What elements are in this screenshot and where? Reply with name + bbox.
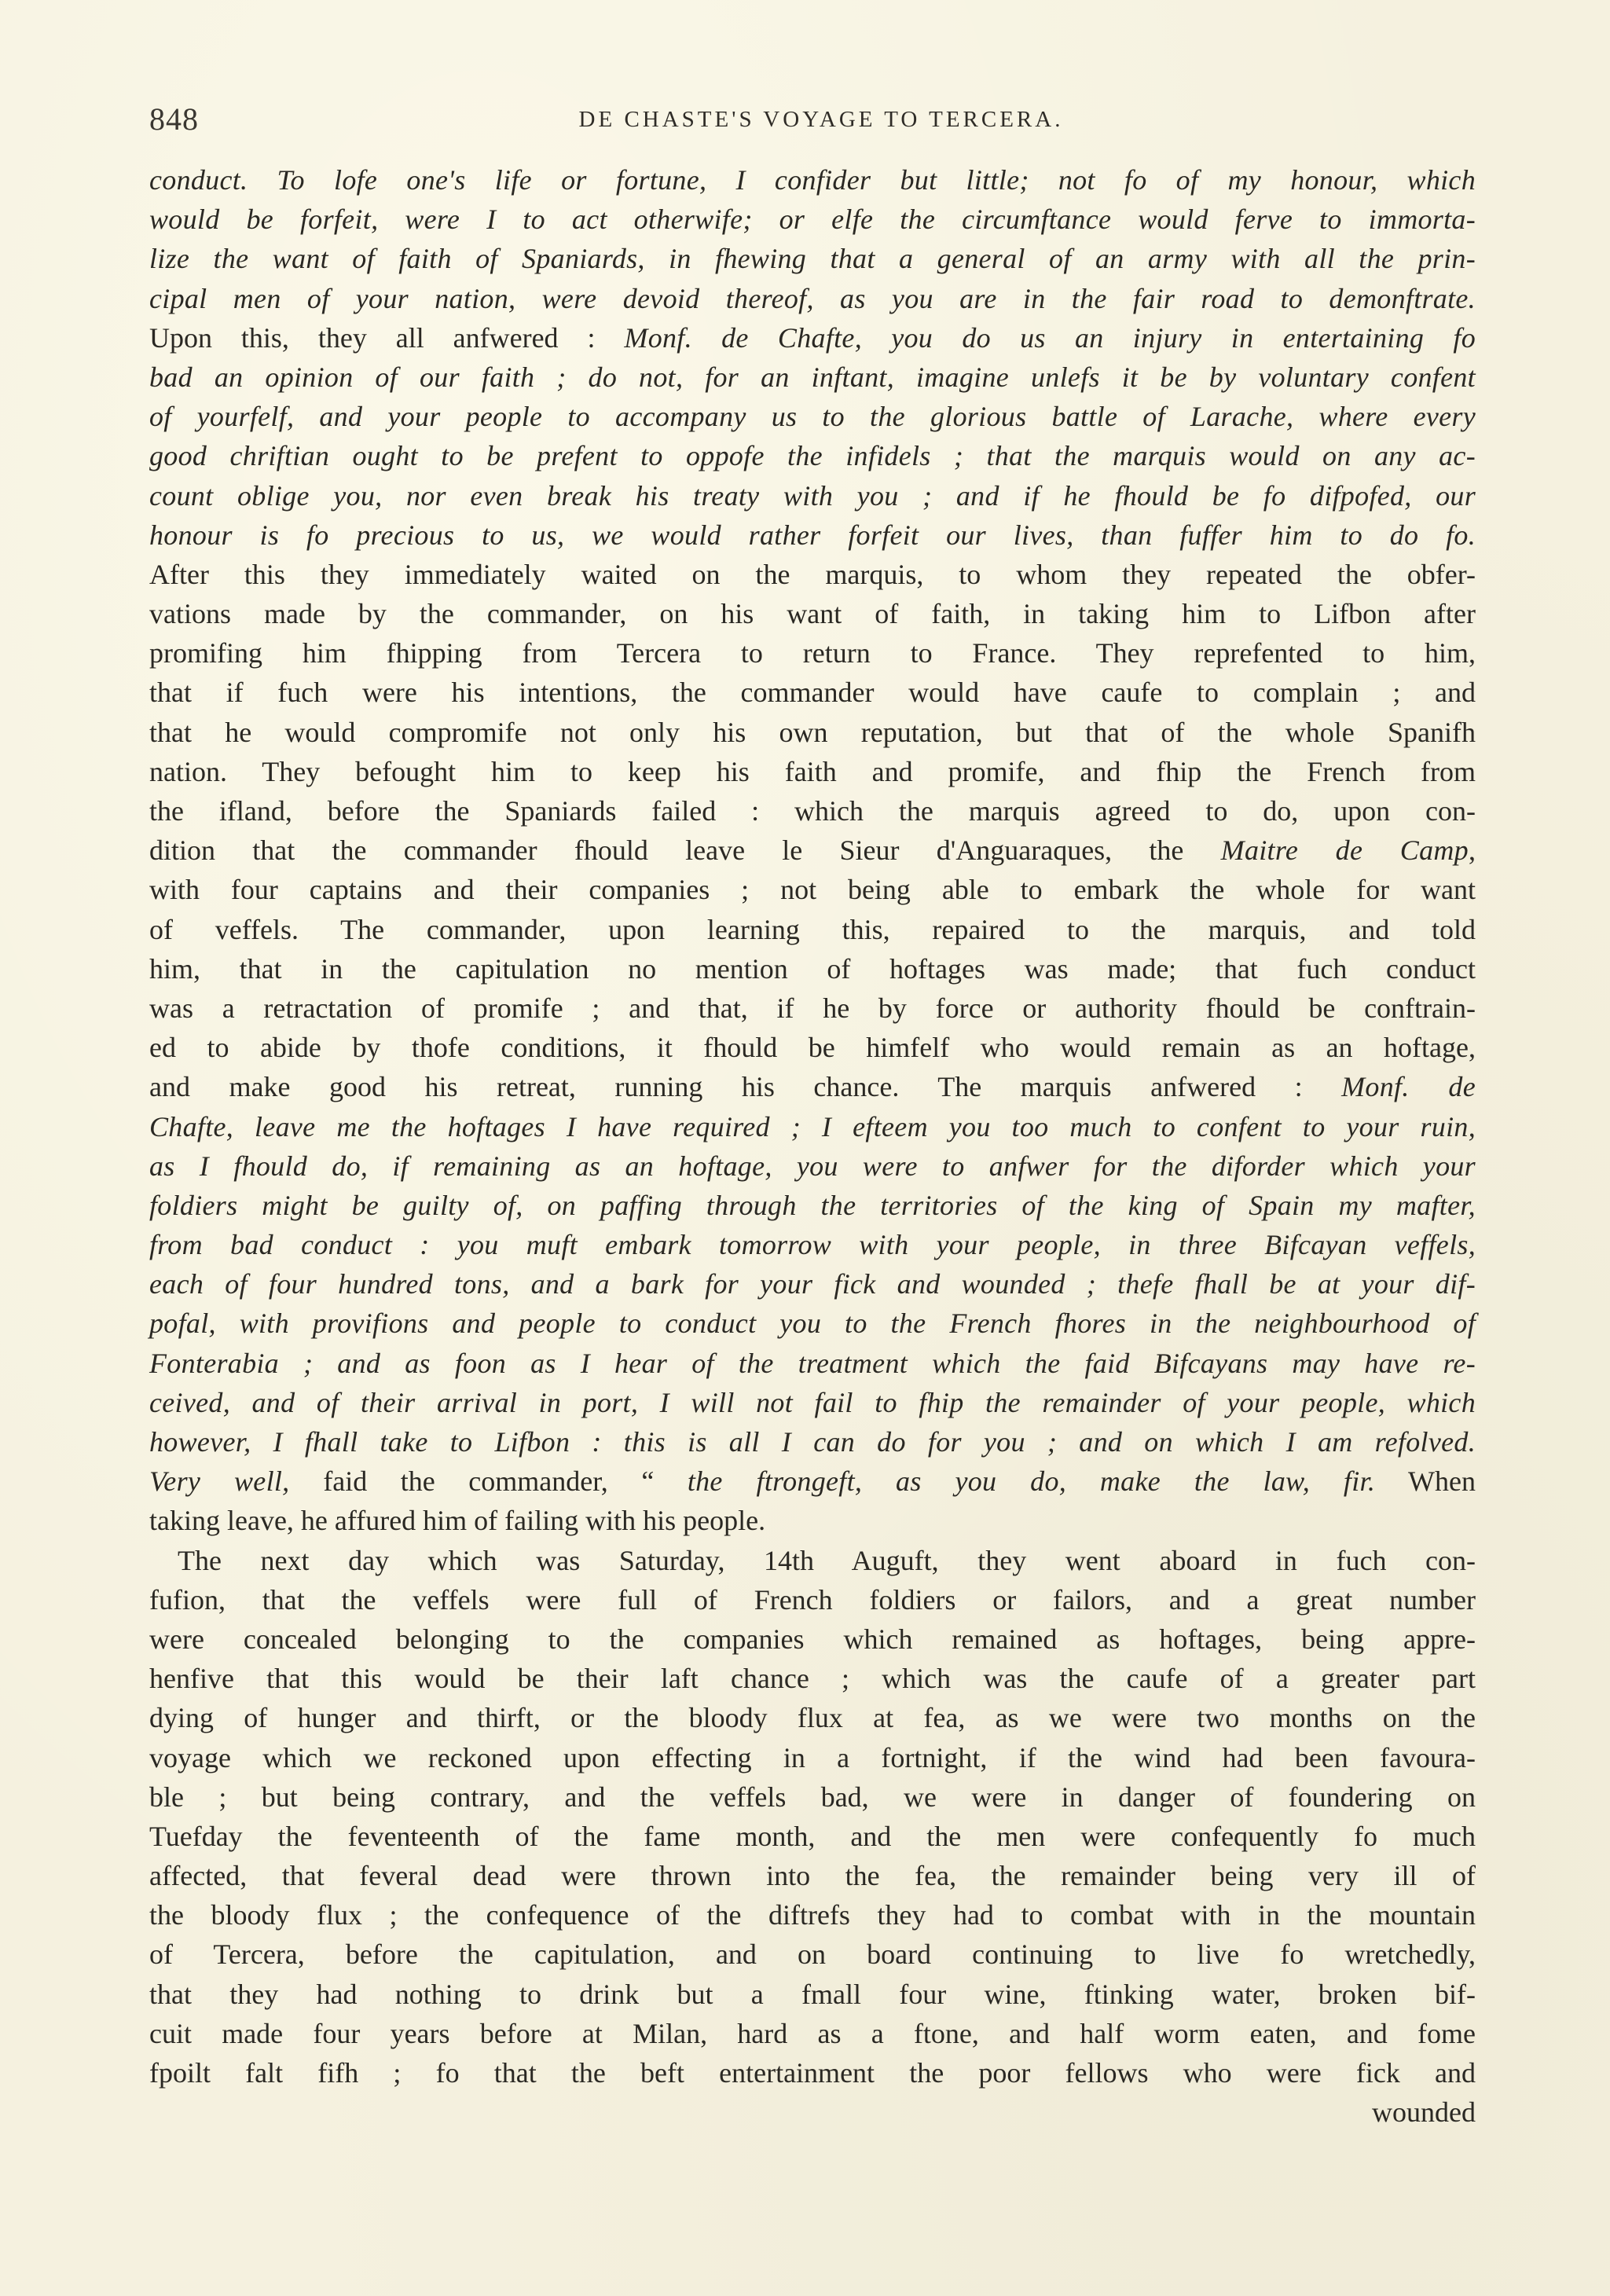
roman-run: the bloody flux ; the confequence of the… [149, 1899, 1476, 1931]
text-line: dition that the commander fhould leave l… [149, 831, 1476, 870]
roman-run: faid the commander, “ [323, 1465, 688, 1497]
italic-run: Monf. de [1341, 1071, 1476, 1102]
text-line: ble ; but being contrary, and the veffel… [149, 1777, 1476, 1817]
roman-run: that they had nothing to drink but a fma… [149, 1979, 1476, 2010]
italic-run: honour is fo precious to us, we would ra… [149, 519, 1476, 551]
text-line: honour is fo precious to us, we would ra… [149, 515, 1476, 555]
text-line: that they had nothing to drink but a fma… [149, 1975, 1476, 2014]
roman-run: The next day which was Saturday, 14th Au… [178, 1545, 1476, 1576]
text-line: would be forfeit, were I to act otherwif… [149, 200, 1476, 239]
text-line: ed to abide by thofe conditions, it fhou… [149, 1028, 1476, 1067]
text-line: that he would compromife not only his ow… [149, 713, 1476, 752]
text-line: each of four hundred tons, and a bark fo… [149, 1264, 1476, 1304]
roman-run: that he would compromife not only his ow… [149, 717, 1476, 748]
text-line: Upon this, they all anfwered : Monf. de … [149, 318, 1476, 358]
text-line: promifing him fhipping from Tercera to r… [149, 633, 1476, 673]
italic-run: cipal men of your nation, were devoid th… [149, 283, 1476, 314]
text-line: him, that in the capitulation no mention… [149, 949, 1476, 988]
running-title: DE CHASTE'S VOYAGE TO TERCERA. [149, 107, 1477, 133]
roman-run: were concealed belonging to the companie… [149, 1623, 1476, 1655]
text-line: The next day which was Saturday, 14th Au… [149, 1541, 1476, 1580]
roman-run: After this they immediately waited on th… [149, 559, 1476, 590]
roman-run: and make good his retreat, running his c… [149, 1071, 1341, 1102]
text-line: were concealed belonging to the companie… [149, 1619, 1476, 1659]
italic-run: lize the want of faith of Spaniards, in … [149, 243, 1476, 274]
italic-run: count oblige you, nor even break his tre… [149, 480, 1476, 512]
italic-run: Chafte, leave me the hoftages I have req… [149, 1111, 1476, 1142]
roman-run: When [1375, 1465, 1476, 1497]
text-line: Fonterabia ; and as foon as I hear of th… [149, 1344, 1476, 1383]
text-line: fpoilt falt fifh ; fo that the beft ente… [149, 2053, 1476, 2092]
italic-run: good chriftian ought to be prefent to op… [149, 440, 1476, 471]
roman-run: fpoilt falt fifh ; fo that the beft ente… [149, 2057, 1476, 2089]
text-line: bad an opinion of our faith ; do not, fo… [149, 358, 1476, 397]
text-line: and make good his retreat, running his c… [149, 1067, 1476, 1106]
roman-run: of Tercera, before the capitulation, and… [149, 1938, 1476, 1970]
italic-run: the ftrongeft, as you do, make the law, … [688, 1465, 1375, 1497]
roman-run: affected, that feveral dead were thrown … [149, 1860, 1476, 1891]
roman-run: dying of hunger and thirft, or the blood… [149, 1702, 1476, 1733]
text-line: of yourfelf, and your people to accompan… [149, 397, 1476, 436]
roman-run: with four captains and their companies ;… [149, 874, 1476, 905]
italic-run: conduct. To lofe one's life or fortune, … [149, 164, 1476, 196]
text-line: nation. They befought him to keep his fa… [149, 752, 1476, 791]
italic-run: of yourfelf, and your people to accompan… [149, 401, 1476, 432]
roman-run: voyage which we reckoned upon effecting … [149, 1742, 1476, 1773]
roman-run: taking leave, he affured him of failing … [149, 1505, 765, 1536]
roman-run: vations made by the commander, on his wa… [149, 598, 1476, 629]
text-line: count oblige you, nor even break his tre… [149, 476, 1476, 515]
text-line: affected, that feveral dead were thrown … [149, 1856, 1476, 1895]
italic-run: each of four hundred tons, and a bark fo… [149, 1268, 1476, 1300]
roman-run: Upon this, they all anfwered : [149, 322, 624, 354]
text-line: the bloody flux ; the confequence of the… [149, 1895, 1476, 1935]
roman-run: Tuefday the feventeenth of the fame mont… [149, 1821, 1476, 1852]
book-page: 848 DE CHASTE'S VOYAGE TO TERCERA. condu… [0, 0, 1610, 2296]
text-line: foldiers might be guilty of, on paffing … [149, 1186, 1476, 1225]
text-line: voyage which we reckoned upon effecting … [149, 1738, 1476, 1777]
text-line: vations made by the commander, on his wa… [149, 594, 1476, 633]
italic-run: Monf. de Chafte, you do us an injury in … [624, 322, 1476, 354]
text-line: After this they immediately waited on th… [149, 555, 1476, 594]
text-line: cuit made four years before at Milan, ha… [149, 2014, 1476, 2053]
text-line: pofal, with provifions and people to con… [149, 1304, 1476, 1343]
text-line: was a retractation of promife ; and that… [149, 988, 1476, 1028]
text-line: ceived, and of their arrival in port, I … [149, 1383, 1476, 1422]
text-line: fufion, that the veffels were full of Fr… [149, 1580, 1476, 1619]
roman-run: dition that the commander fhould leave l… [149, 834, 1221, 866]
italic-run: Maitre de Camp [1221, 834, 1469, 866]
roman-run: henfive that this would be their laft ch… [149, 1663, 1476, 1694]
roman-run: cuit made four years before at Milan, ha… [149, 2018, 1476, 2049]
text-line: Chafte, leave me the hoftages I have req… [149, 1107, 1476, 1146]
text-line: lize the want of faith of Spaniards, in … [149, 239, 1476, 278]
text-line: Very well, faid the commander, “ the ftr… [149, 1462, 1476, 1501]
text-line: Tuefday the feventeenth of the fame mont… [149, 1817, 1476, 1856]
roman-run: , [1469, 834, 1476, 866]
roman-run: nation. They befought him to keep his fa… [149, 756, 1476, 787]
italic-run: pofal, with provifions and people to con… [149, 1308, 1476, 1339]
text-line: taking leave, he affured him of failing … [149, 1501, 1476, 1540]
roman-run: ble ; but being contrary, and the veffel… [149, 1781, 1476, 1813]
italic-run: would be forfeit, were I to act otherwif… [149, 204, 1476, 235]
text-line: however, I fhall take to Lifbon : this i… [149, 1422, 1476, 1462]
text-line: of veffels. The commander, upon learning… [149, 910, 1476, 949]
body-text: conduct. To lofe one's life or fortune, … [149, 160, 1476, 2132]
roman-run: the ifland, before the Spaniards failed … [149, 795, 1476, 827]
italic-run: ceived, and of their arrival in port, I … [149, 1387, 1476, 1418]
roman-run: him, that in the capitulation no mention… [149, 953, 1476, 985]
text-line: of Tercera, before the capitulation, and… [149, 1935, 1476, 1974]
italic-run: however, I fhall take to Lifbon : this i… [149, 1426, 1476, 1458]
text-line: as I fhould do, if remaining as an hofta… [149, 1146, 1476, 1186]
text-line: with four captains and their companies ;… [149, 870, 1476, 909]
italic-run: Very well, [149, 1465, 323, 1497]
italic-run: as I fhould do, if remaining as an hofta… [149, 1150, 1476, 1182]
text-line: that if fuch were his intentions, the co… [149, 673, 1476, 712]
text-line: the ifland, before the Spaniards failed … [149, 791, 1476, 831]
text-line: good chriftian ought to be prefent to op… [149, 436, 1476, 475]
roman-run: fufion, that the veffels were full of Fr… [149, 1584, 1476, 1616]
italic-run: from bad conduct : you muft embark tomor… [149, 1229, 1476, 1260]
text-line: cipal men of your nation, were devoid th… [149, 279, 1476, 318]
roman-run: that if fuch were his intentions, the co… [149, 677, 1476, 708]
roman-run: of veffels. The commander, upon learning… [149, 914, 1476, 945]
roman-run: promifing him fhipping from Tercera to r… [149, 637, 1476, 669]
italic-run: bad an opinion of our faith ; do not, fo… [149, 361, 1476, 393]
text-line: dying of hunger and thirft, or the blood… [149, 1698, 1476, 1737]
text-line: conduct. To lofe one's life or fortune, … [149, 160, 1476, 200]
catchword: wounded [149, 2092, 1476, 2132]
roman-run: ed to abide by thofe conditions, it fhou… [149, 1032, 1476, 1063]
running-head: 848 DE CHASTE'S VOYAGE TO TERCERA. [149, 93, 1477, 140]
text-line: from bad conduct : you muft embark tomor… [149, 1225, 1476, 1264]
italic-run: foldiers might be guilty of, on paffing … [149, 1190, 1476, 1221]
roman-run: was a retractation of promife ; and that… [149, 992, 1476, 1024]
italic-run: Fonterabia ; and as foon as I hear of th… [149, 1348, 1476, 1379]
text-line: henfive that this would be their laft ch… [149, 1659, 1476, 1698]
